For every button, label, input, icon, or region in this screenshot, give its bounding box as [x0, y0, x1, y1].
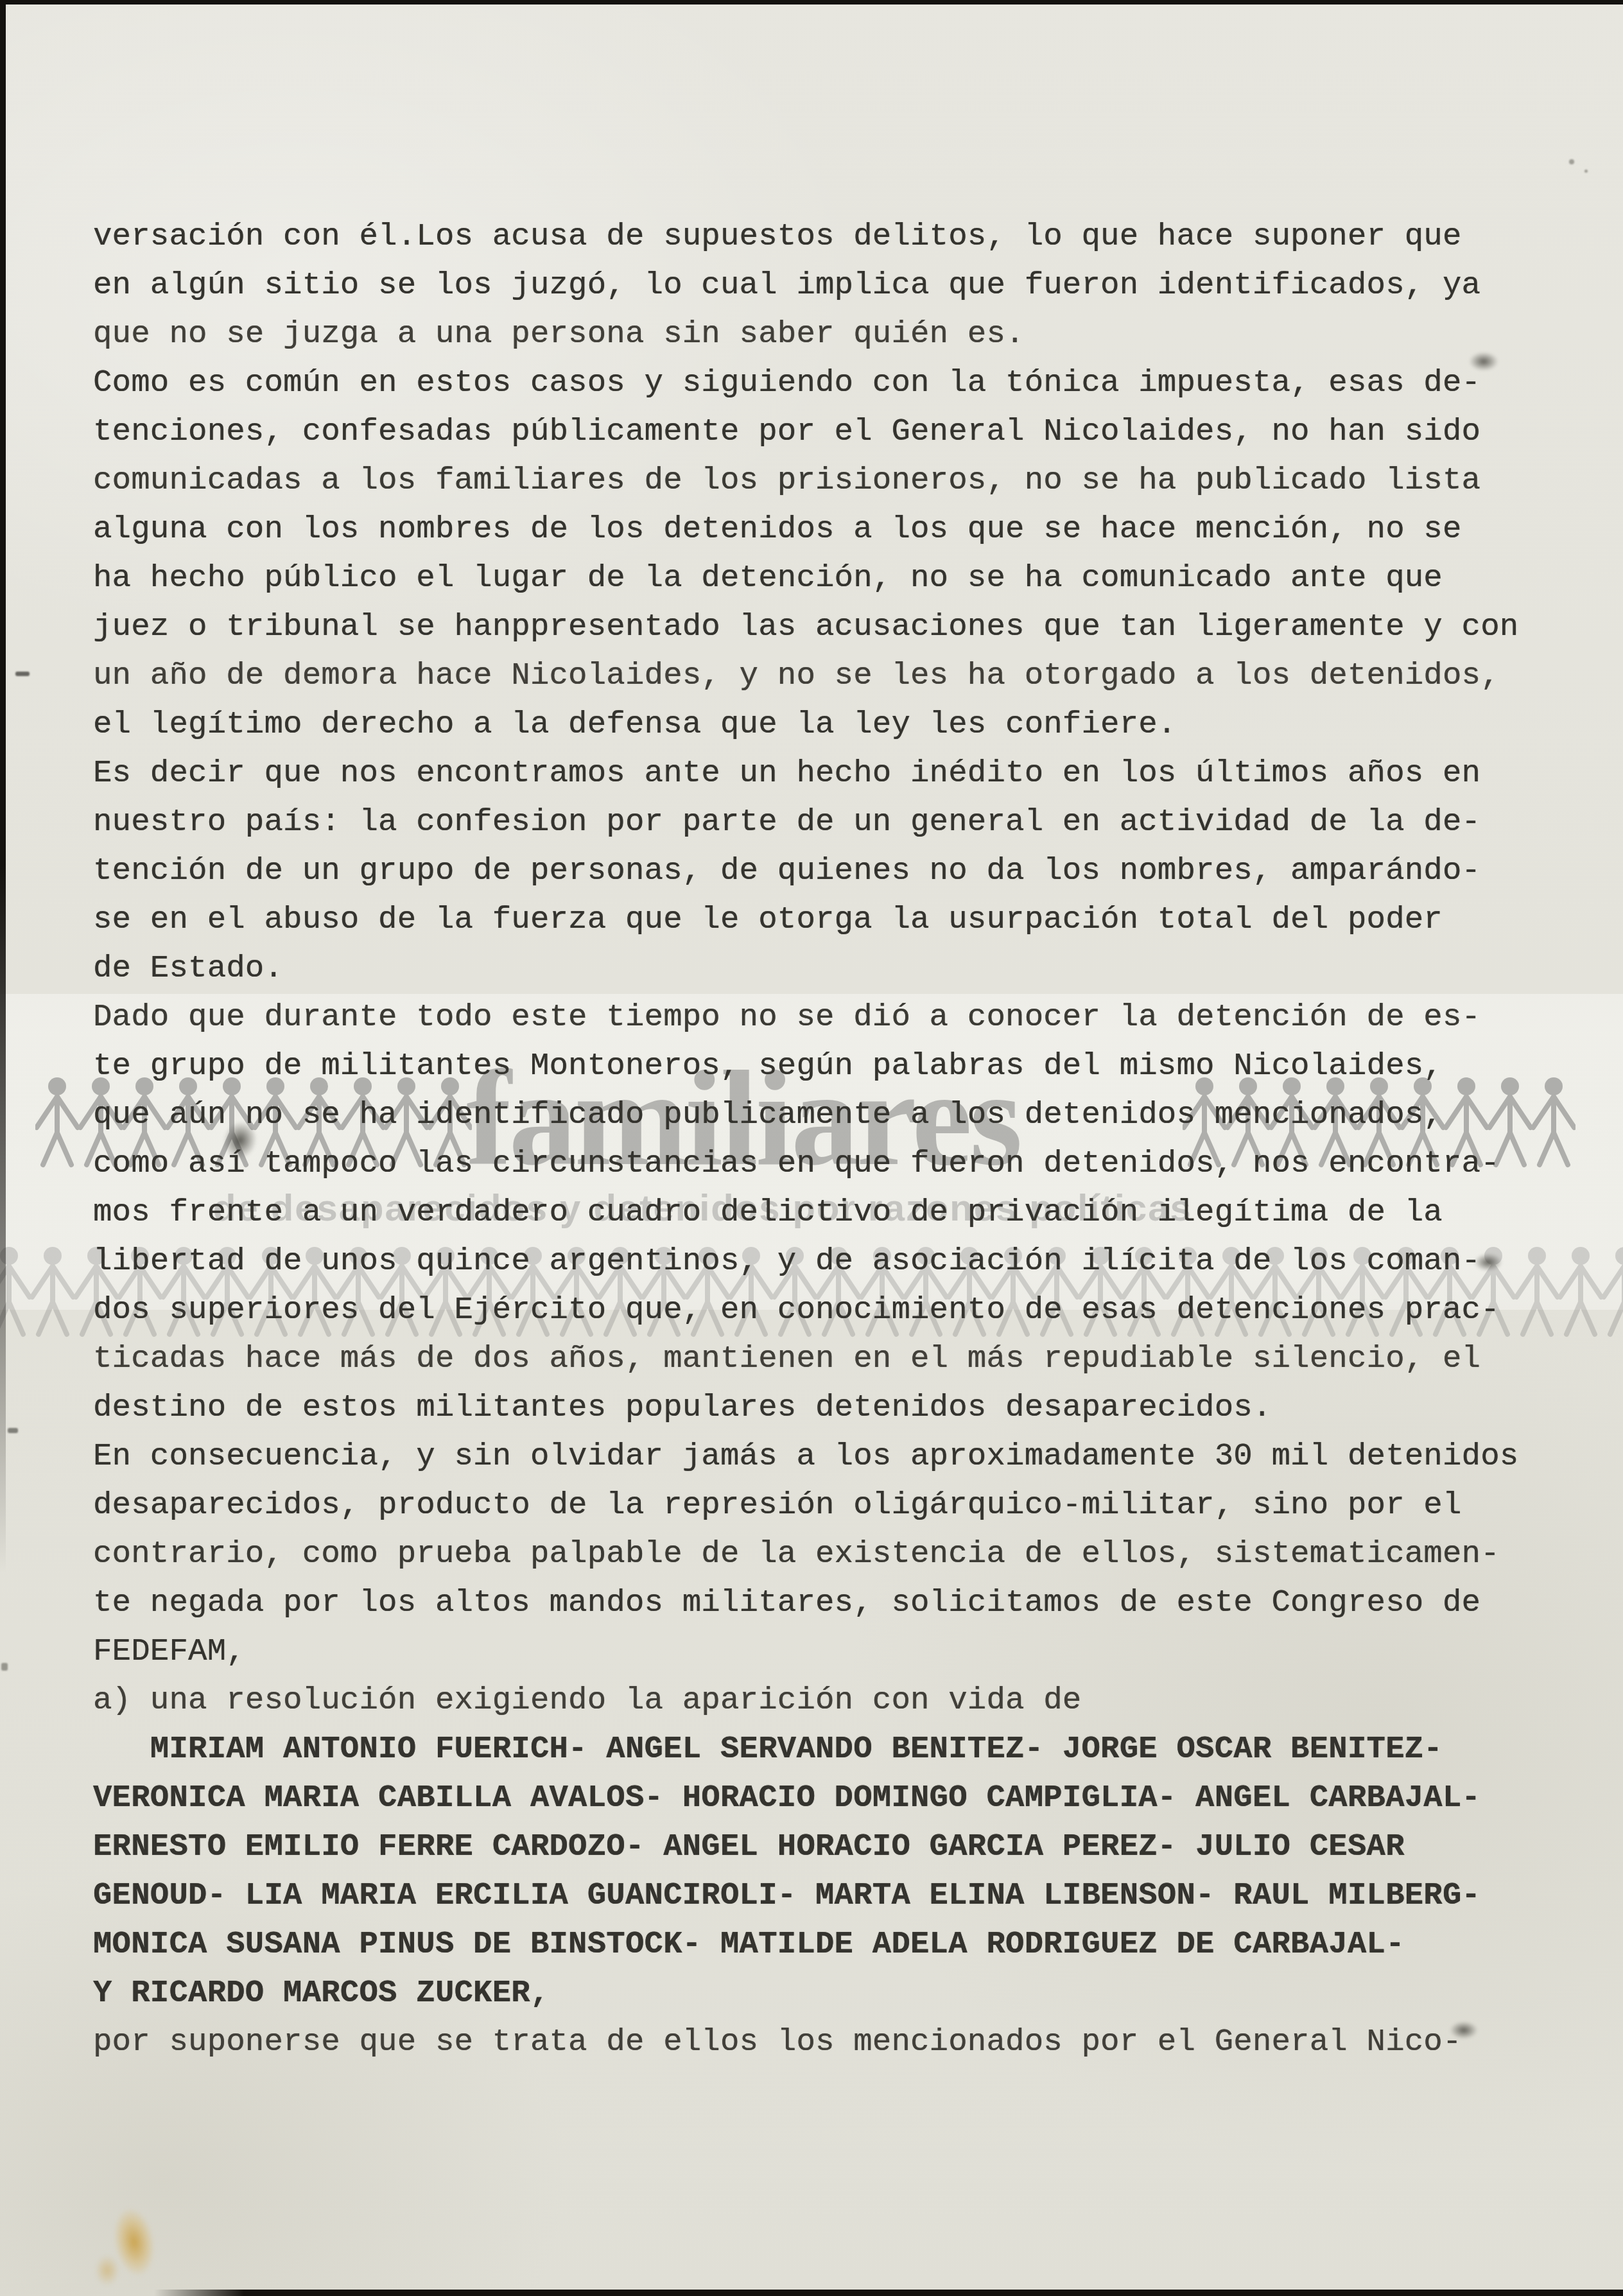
- typed-line: el legítimo derecho a la defensa que la …: [93, 700, 1518, 749]
- typed-line: un año de demora hace Nicolaides, y no s…: [93, 651, 1518, 700]
- typed-line: de Estado.: [93, 944, 1518, 993]
- person-chain-icon: [1515, 1243, 1559, 1339]
- typed-line: desaparecidos, producto de la represión …: [93, 1481, 1518, 1529]
- person-chain-icon: [31, 1243, 74, 1339]
- typed-line: a) una resolución exigiendo la aparición…: [93, 1676, 1518, 1725]
- person-chain-icon: [1532, 1074, 1575, 1170]
- typed-line: dos superiores del Ejército que, en cono…: [93, 1285, 1518, 1334]
- typed-line: se en el abuso de la fuerza que le otorg…: [93, 895, 1518, 944]
- margin-mark: [8, 1428, 18, 1433]
- typed-line: GENOUD- LIA MARIA ERCILIA GUANCIROLI- MA…: [93, 1871, 1518, 1920]
- typed-line: mos frente a un verdadero cuadro delicti…: [93, 1188, 1518, 1237]
- typed-line: por suponerse que se trata de ellos los …: [93, 2017, 1518, 2066]
- scan-edge-top: [0, 0, 1623, 4]
- typed-line: Dado que durante todo este tiempo no se …: [93, 993, 1518, 1041]
- typed-line: ticadas hace más de dos años, mantienen …: [93, 1334, 1518, 1383]
- typed-line: En consecuencia, y sin olvidar jamás a l…: [93, 1432, 1518, 1481]
- paper-speck: [1569, 159, 1574, 164]
- typed-line: alguna con los nombres de los detenidos …: [93, 505, 1518, 553]
- margin-mark: [1, 1663, 8, 1671]
- typed-text: versación con él.Los acusa de supuestos …: [93, 212, 1518, 2066]
- typed-line: destino de estos militantes populares de…: [93, 1383, 1518, 1432]
- typed-line: nuestro país: la confesion por parte de …: [93, 797, 1518, 846]
- typed-line: tención de un grupo de personas, de quie…: [93, 846, 1518, 895]
- scan-edge-left: [0, 0, 6, 1573]
- paper-speck: [1584, 170, 1588, 173]
- typed-line: tenciones, confesadas públicamente por e…: [93, 407, 1518, 456]
- typed-line: ERNESTO EMILIO FERRE CARDOZO- ANGEL HORA…: [93, 1822, 1518, 1871]
- person-chain-icon: [1602, 1243, 1623, 1339]
- typed-line: MIRIAM ANTONIO FUERICH- ANGEL SERVANDO B…: [93, 1725, 1518, 1773]
- typed-line: FEDEFAM,: [93, 1627, 1518, 1676]
- typed-line: que no se juzga a una persona sin saber …: [93, 309, 1518, 358]
- ink-smudge: [1450, 2021, 1478, 2039]
- typed-line: te grupo de militantes Montoneros, según…: [93, 1041, 1518, 1090]
- typed-line: juez o tribunal se hanppresentado las ac…: [93, 602, 1518, 651]
- typed-line: VERONICA MARIA CABILLA AVALOS- HORACIO D…: [93, 1773, 1518, 1822]
- typed-line: contrario, como prueba palpable de la ex…: [93, 1529, 1518, 1578]
- typed-line: comunicadas a los familiares de los pris…: [93, 456, 1518, 505]
- typed-line: te negada por los altos mandos militares…: [93, 1578, 1518, 1627]
- ink-smudge: [1474, 1253, 1502, 1271]
- person-chain-icon: [1559, 1243, 1602, 1339]
- scanned-document-page: familiares de desaparecidos y detenidos …: [0, 0, 1623, 2296]
- margin-mark: [15, 672, 30, 676]
- typed-line: Es decir que nos encontramos ante un hec…: [93, 749, 1518, 797]
- typed-line: como así tampoco las circunstancias en q…: [93, 1139, 1518, 1188]
- typed-line: libertad de unos quince argentinos, y de…: [93, 1237, 1518, 1285]
- typed-line: versación con él.Los acusa de supuestos …: [93, 212, 1518, 261]
- typed-line: Como es común en estos casos y siguiendo…: [93, 358, 1518, 407]
- typed-line: Y RICARDO MARCOS ZUCKER,: [93, 1969, 1518, 2017]
- typed-line: que aún no se ha identificado publicamen…: [93, 1090, 1518, 1139]
- typed-line: ha hecho público el lugar de la detenció…: [93, 553, 1518, 602]
- typed-line: MONICA SUSANA PINUS DE BINSTOCK- MATILDE…: [93, 1920, 1518, 1969]
- person-chain-icon: [35, 1074, 79, 1170]
- typed-line: en algún sitio se los juzgó, lo cual imp…: [93, 261, 1518, 309]
- scan-edge-bottom: [154, 2290, 1623, 2296]
- ink-smudge: [1469, 352, 1498, 371]
- paper-stain-small: [95, 2255, 119, 2286]
